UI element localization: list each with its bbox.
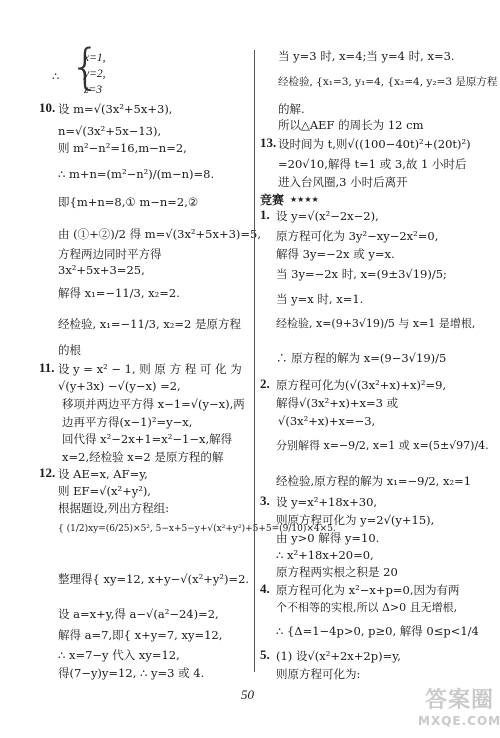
solution-line: 设 AE=x, AF=y, (58, 467, 148, 481)
problem-number: 4. (260, 582, 270, 596)
solution-line: 经检验,原方程的解为 x₁=−9/2, x₂=1 (276, 474, 471, 488)
solution-line: 当 y=3 时, x=4;当 y=4 时, x=3. (278, 49, 455, 63)
solution-line: 得(7−y)y=12, ∴ y=3 或 4. (58, 666, 204, 680)
solution-line: 的根 (58, 343, 81, 357)
problem-number: 2. (260, 377, 270, 391)
solution-line: 设时间为 t,则√((100−40t)²+(20t)²) (278, 137, 471, 151)
difficulty-stars-icon: ★★★★ (290, 193, 319, 207)
solution-line: ∴ x²+18x+20=0, (276, 548, 374, 562)
solution-line: 经检验, x=(9+3√19)/5 与 x=1 是增根, (276, 317, 475, 331)
solution-line: (1) 设√(x²+2x+2p)=y, (276, 649, 401, 663)
problem-number: 3. (260, 494, 270, 508)
solution-line: 当 y=x 时, x=1. (276, 292, 363, 306)
solution-line: 原方程可化为 x²−x+p=0,因为有两 (276, 583, 459, 597)
solution-line: 解得 x₁=−11/3, x₂=2. (58, 286, 180, 300)
solution-line: 进入台风圈,3 小时后离开 (278, 175, 408, 189)
system-row: y=2, (84, 67, 106, 81)
solution-line: 设 y = x² − 1, 则 原 方 程 可 化 为 (58, 362, 242, 376)
solution-line: 设 a=x+y,得 a−√(a²−24)=2, (58, 607, 219, 621)
problem-number: 5. (260, 648, 270, 662)
system-row: x=1, (84, 51, 106, 65)
solution-line: ∴ 原方程的解为 x=(9−3√19)/5 (276, 351, 446, 365)
system-row: z=3 (84, 83, 102, 97)
solution-line: 原方程可化为(√(3x²+x)+x)²=9, (276, 378, 446, 392)
solution-line: 解得√(3x²+x)+x=3 或 (276, 396, 398, 410)
solution-line: 经检验, x₁=−11/3, x₂=2 是原方程 (58, 317, 241, 331)
watermark-url: MXQE.COM (418, 714, 500, 728)
solution-line: 边再平方得(x−1)²=y−x, (62, 415, 192, 429)
solution-line: 解得 a=7,即{ x+y=7, xy=12, (58, 628, 222, 642)
solution-line: 回代得 x²−2x+1=x²−1−x,解得 (62, 432, 232, 446)
solution-line: 当 3y=−2x 时, x=(9±3√19)/5; (276, 267, 447, 281)
solution-line: 原方程两实根之积是 20 (276, 565, 398, 579)
problem-number: 1. (260, 208, 270, 222)
solution-line: 经检验, {x₁=3, y₁=4, {x₂=4, y₂=3 是原方程 (278, 75, 497, 89)
solution-line: 即{m+n=8,① m−n=2,② (58, 195, 198, 209)
solution-line: =20√10,解得 t=1 或 3,故 1 小时后 (278, 157, 467, 171)
solution-line: 则 EF=√(x²+y²), (58, 484, 151, 498)
solution-line: 方程两边同时平方得 (58, 247, 162, 261)
solution-line: 根据题设,列出方程组: (58, 501, 169, 515)
solution-line: 解得 3y=−2x 或 y=x. (276, 247, 395, 261)
solution-line: 设 y=√(x²−2x−2), (276, 209, 379, 223)
solution-line: 整理得{ xy=12, x+y−√(x²+y²)=2. (58, 572, 249, 586)
solution-line: x=2,经检验 x=2 是原方程的解 (62, 450, 223, 464)
solution-line: √(y+3x) −√(y−x) =2, (58, 379, 181, 393)
problem-number: 13. (260, 136, 276, 150)
solution-line: 个不相等的实根,所以 Δ>0 且无增根, (276, 601, 457, 615)
therefore-symbol: ∴ (52, 69, 59, 83)
problem-number: 11. (39, 361, 55, 375)
solution-line: 的解. (278, 102, 305, 116)
watermark-text: 答案圈 (418, 683, 500, 714)
solution-line: ∴ m+n=(m²−n²)/(m−n)=8. (58, 167, 214, 181)
solution-line: √(3x²+x)+x=−3, (278, 414, 375, 428)
solution-line: 3x²+5x+3=25, (58, 263, 145, 277)
page-number: 50 (241, 687, 254, 703)
solution-line: n=√(3x²+5x−13), (58, 124, 161, 138)
problem-number: 12. (39, 466, 55, 480)
watermark-logo: 答案圈 MXQE.COM (418, 683, 500, 728)
solution-line: 则 m²−n²=16,m−n=2, (58, 141, 187, 155)
solution-line: ∴ {Δ=1−4p>0, p≥0, 解得 0≤p<1/4 (276, 624, 479, 638)
section-title: 竞赛 (260, 193, 284, 207)
solution-line: 设 y=x²+18x+30, (276, 495, 377, 509)
problem-number: 10. (39, 101, 55, 115)
solution-line: 则原方程可化为: (276, 667, 360, 681)
solution-line: 所以△AEF 的周长为 12 cm (278, 118, 423, 132)
column-divider (254, 50, 255, 672)
solution-line: 由 (①+②)/2 得 m=√(3x²+5x+3)=5, (58, 227, 261, 241)
solution-line: ∴ x=7−y 代入 xy=12, (58, 648, 180, 662)
solution-line: 由 y>0 解得 y=10. (276, 531, 379, 545)
solution-line: 则原方程可化为 y=2√(y+15), (276, 513, 434, 527)
solution-line: 设 m=√(3x²+5x+3), (58, 102, 172, 116)
solution-line: 原方程可化为 3y²−xy−2x²=0, (276, 229, 438, 243)
solution-line: 分别解得 x=−9/2, x=1 或 x=(5±√97)/4. (276, 439, 489, 453)
solution-line: 移项并两边平方得 x−1=√(y−x),两 (62, 397, 245, 411)
